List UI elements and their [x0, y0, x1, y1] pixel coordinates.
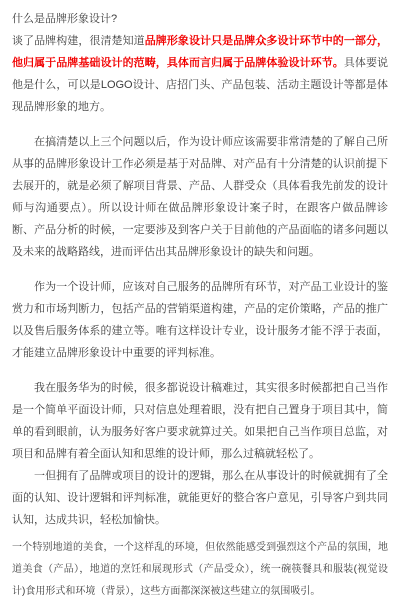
intro-text-before-highlight: 谈了品牌构建，很清楚知道: [12, 35, 145, 47]
article-page: 什么是品牌形象设计? 谈了品牌构建，很清楚知道品牌形象设计只是品牌众多设计环节中…: [0, 0, 400, 603]
paragraph-food-example: 一个特别地道的美食，一个这样乱的环境，但依然能感受到强烈这个产品的氛围，地道美食…: [12, 537, 388, 603]
paragraph-designer-premise: 在搞清楚以上三个问题以后，作为设计师应该需要非常清楚的了解自己所从事的品牌形象设…: [12, 131, 388, 263]
paragraph-design-logic: 一但拥有了品牌或项目的设计的逻辑，那么在从事设计的时候就拥有了全面的认知、设计逻…: [12, 465, 388, 531]
paragraph-designer-skills: 作为一个设计师，应该对自己服务的品牌所有环节，对产品工业设计的鉴赏力和市场判断力…: [12, 276, 388, 364]
intro-paragraph: 什么是品牌形象设计? 谈了品牌构建，很清楚知道品牌形象设计只是品牌众多设计环节中…: [12, 8, 388, 118]
paragraph-huawei-experience: 我在服务华为的时候，很多都说设计稿难过，其实很多时候都把自己当作是一个简单平面设…: [12, 377, 388, 465]
article-question-heading: 什么是品牌形象设计?: [12, 13, 117, 25]
